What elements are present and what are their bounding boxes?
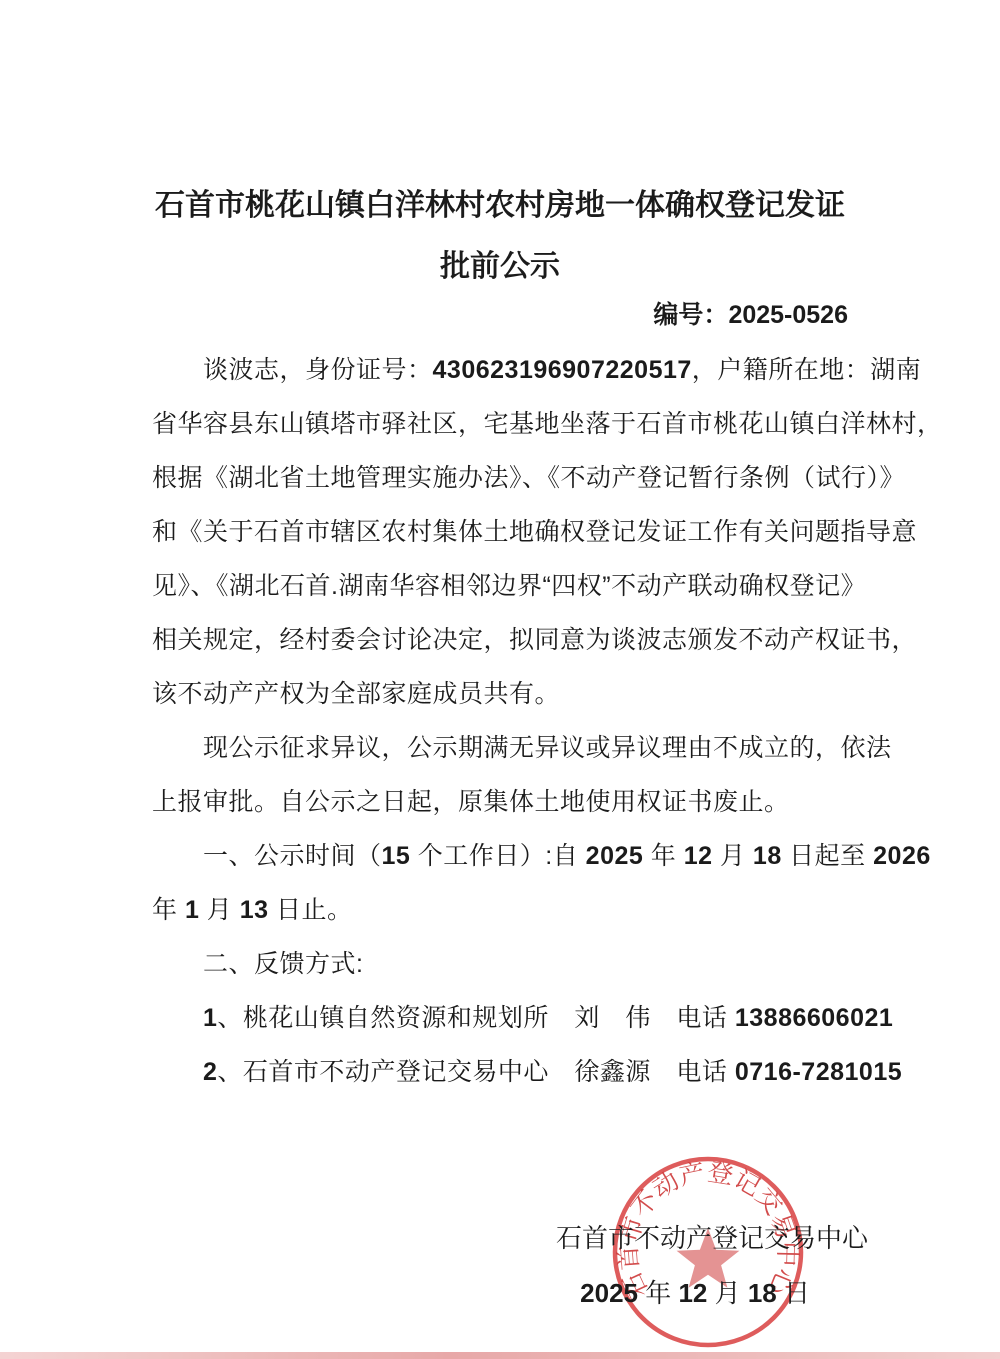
body-line: 相关规定，经村委会讨论决定，拟同意为谈波志颁发不动产权证书，	[152, 613, 868, 667]
body-line: 现公示征求异议，公示期满无异议或异议理由不成立的，依法	[152, 721, 868, 775]
body-line: 谈波志，身份证号：430623196907220517，户籍所在地：湖南	[152, 343, 868, 397]
body-line: 上报审批。自公示之日起，原集体土地使用权证书废止。	[152, 775, 868, 829]
document-body: 谈波志，身份证号：430623196907220517，户籍所在地：湖南省华容县…	[152, 343, 868, 1099]
document-title-line1: 石首市桃花山镇白洋林村农村房地一体确权登记发证	[142, 175, 858, 236]
body-line: 根据《湖北省土地管理实施办法》、《不动产登记暂行条例（试行）》	[152, 451, 868, 505]
document-title: 石首市桃花山镇白洋林村农村房地一体确权登记发证 批前公示	[142, 175, 858, 297]
notice-document-page: 石首市桃花山镇白洋林村农村房地一体确权登记发证 批前公示 编号：2025-052…	[0, 0, 1000, 1359]
body-line: 一、公示时间（15 个工作日）:自 2025 年 12 月 18 日起至 202…	[152, 829, 868, 883]
body-line: 和《关于石首市辖区农村集体土地确权登记发证工作有关问题指导意	[152, 505, 868, 559]
body-line: 年 1 月 13 日止。	[152, 883, 868, 937]
body-line: 二、反馈方式:	[152, 937, 868, 991]
body-line: 1、桃花山镇自然资源和规划所 刘 伟 电话 13886606021	[152, 991, 868, 1045]
document-number: 编号：2025-0526	[152, 300, 858, 330]
scan-edge-artifact	[0, 1352, 1000, 1359]
signature-org: 石首市不动产登记交易中心	[152, 1222, 868, 1254]
body-line: 省华容县东山镇塔市驿社区，宅基地坐落于石首市桃花山镇白洋林村，	[152, 397, 868, 451]
body-line: 该不动产产权为全部家庭成员共有。	[152, 667, 868, 721]
body-line: 2、石首市不动产登记交易中心 徐鑫源 电话 0716-7281015	[152, 1045, 868, 1099]
signature-date: 2025 年 12 月 18 日	[152, 1277, 810, 1309]
body-line: 见》、《湖北石首.湖南华容相邻边界“四权”不动产联动确权登记》	[152, 559, 868, 613]
document-title-line2: 批前公示	[142, 236, 858, 297]
